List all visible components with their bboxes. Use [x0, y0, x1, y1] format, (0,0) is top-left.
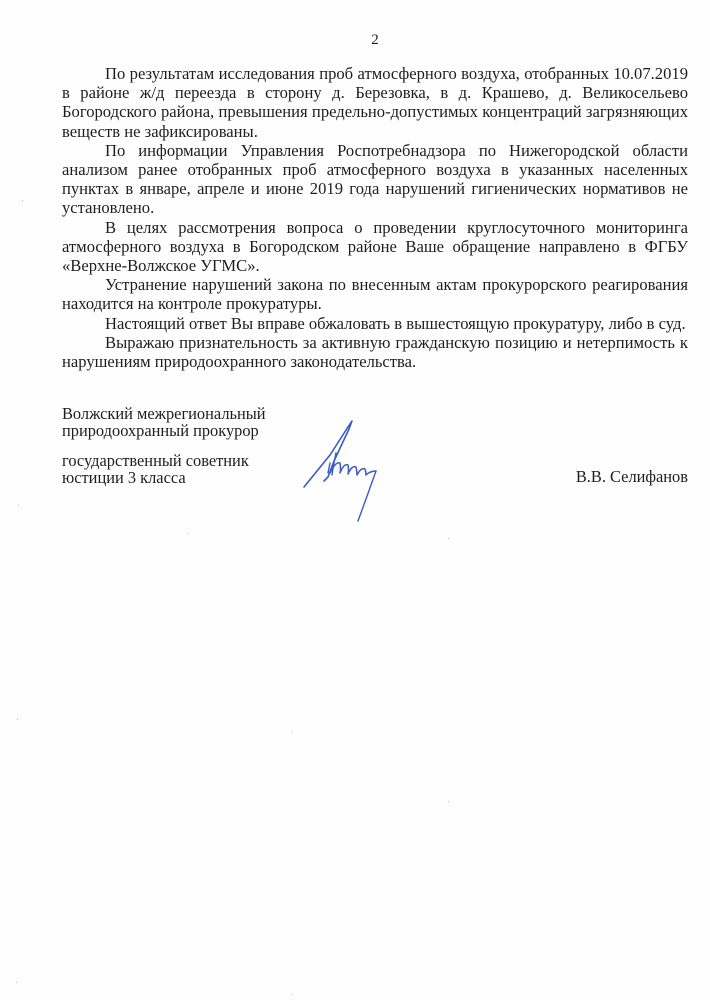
page-number: 2: [0, 31, 710, 49]
paragraph-gratitude: Выражаю признательность за активную граж…: [62, 333, 688, 371]
scan-speck: [448, 538, 449, 539]
scan-speck: [22, 200, 23, 201]
document-page: 2 По результатам исследования проб атмос…: [0, 0, 710, 1000]
scan-speck: [17, 719, 18, 720]
paragraph-rospotrebnadzor-info: По информации Управления Роспотребнадзор…: [62, 141, 688, 218]
letter-body: По результатам исследования проб атмосфе…: [62, 64, 688, 371]
scan-speck: [16, 982, 17, 983]
signature-block: Волжский межрегиональный природоохранный…: [62, 405, 688, 525]
signer-position-line2: природоохранный прокурор: [62, 422, 259, 439]
scan-speck: [18, 505, 19, 506]
signer-rank-line1: государственный советник: [62, 452, 249, 469]
signer-name: В.В. Селифанов: [576, 468, 688, 485]
paragraph-air-sample-results: По результатам исследования проб атмосфе…: [62, 64, 688, 141]
paragraph-prosecutor-control: Устранение нарушений закона по внесенным…: [62, 275, 688, 313]
scan-speck: [291, 994, 292, 995]
signer-position-line1: Волжский межрегиональный: [62, 405, 266, 422]
scan-speck: [292, 731, 293, 732]
scan-speck: [448, 801, 449, 802]
paragraph-appeal-rights: Настоящий ответ Вы вправе обжаловать в в…: [62, 314, 688, 333]
paragraph-monitoring-referral: В целях рассмотрения вопроса о проведени…: [62, 218, 688, 276]
handwritten-signature-icon: [300, 415, 400, 525]
signer-rank-line2: юстиции 3 класса: [62, 469, 186, 486]
scan-speck: [188, 533, 189, 534]
